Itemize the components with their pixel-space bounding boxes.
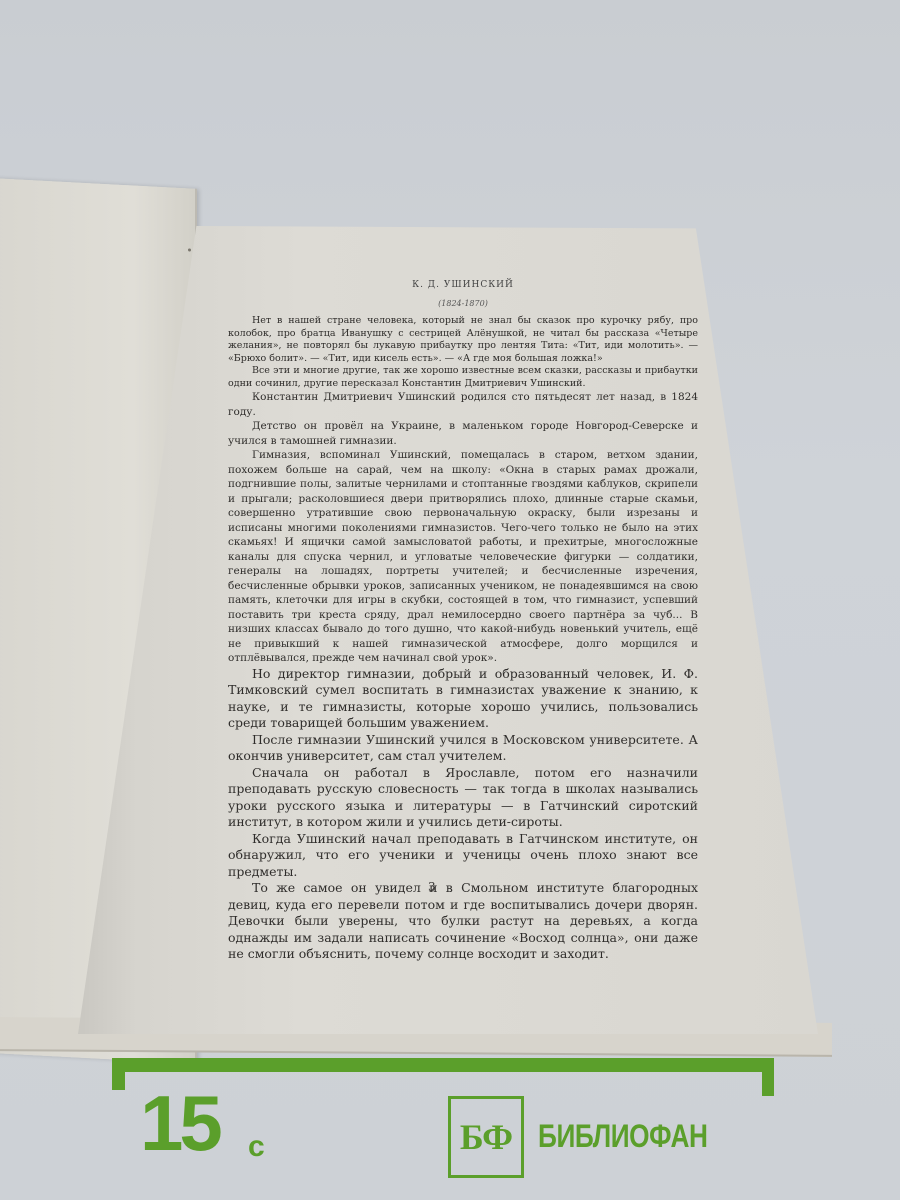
price-value: 15 [140,1078,219,1169]
open-book-logo-icon: БФ [448,1096,524,1178]
paragraph: Нет в нашей стране человека, который не … [228,315,698,365]
paragraph: Но директор гимназии, добрый и образован… [228,666,698,732]
paragraph: Гимназия, вспоминал Ушинский, помещалась… [228,448,698,666]
chapter-years: (1824-1870) [228,296,698,312]
paragraph: После гимназии Ушинский учился в Московс… [228,732,698,765]
page-number: 3 [428,880,436,894]
sticker-right-bracket [762,1058,774,1096]
chapter-title: К. Д. УШИНСКИЙ [228,278,698,294]
logo-mark: БФ [460,1116,512,1158]
paragraph: Все эти и многие другие, так же хорошо и… [228,365,698,390]
paragraph: Сначала он работал в Ярославле, потом ег… [228,765,698,831]
binding-stitch [188,248,191,251]
page-text: К. Д. УШИНСКИЙ (1824-1870) Нет в нашей с… [228,278,698,963]
price-unit: с [248,1130,265,1164]
sticker-left-bracket [112,1058,125,1090]
paragraph: Константин Дмитриевич Ушинский родился с… [228,390,698,419]
paragraph: То же самое он увидел и в Смольном инсти… [228,880,698,963]
brand-name: БИБЛИОФАН [538,1118,708,1155]
sticker-top-bar [112,1058,774,1072]
paragraph: Детство он провёл на Украине, в маленько… [228,419,698,448]
paragraph: Когда Ушинский начал преподавать в Гатчи… [228,831,698,881]
